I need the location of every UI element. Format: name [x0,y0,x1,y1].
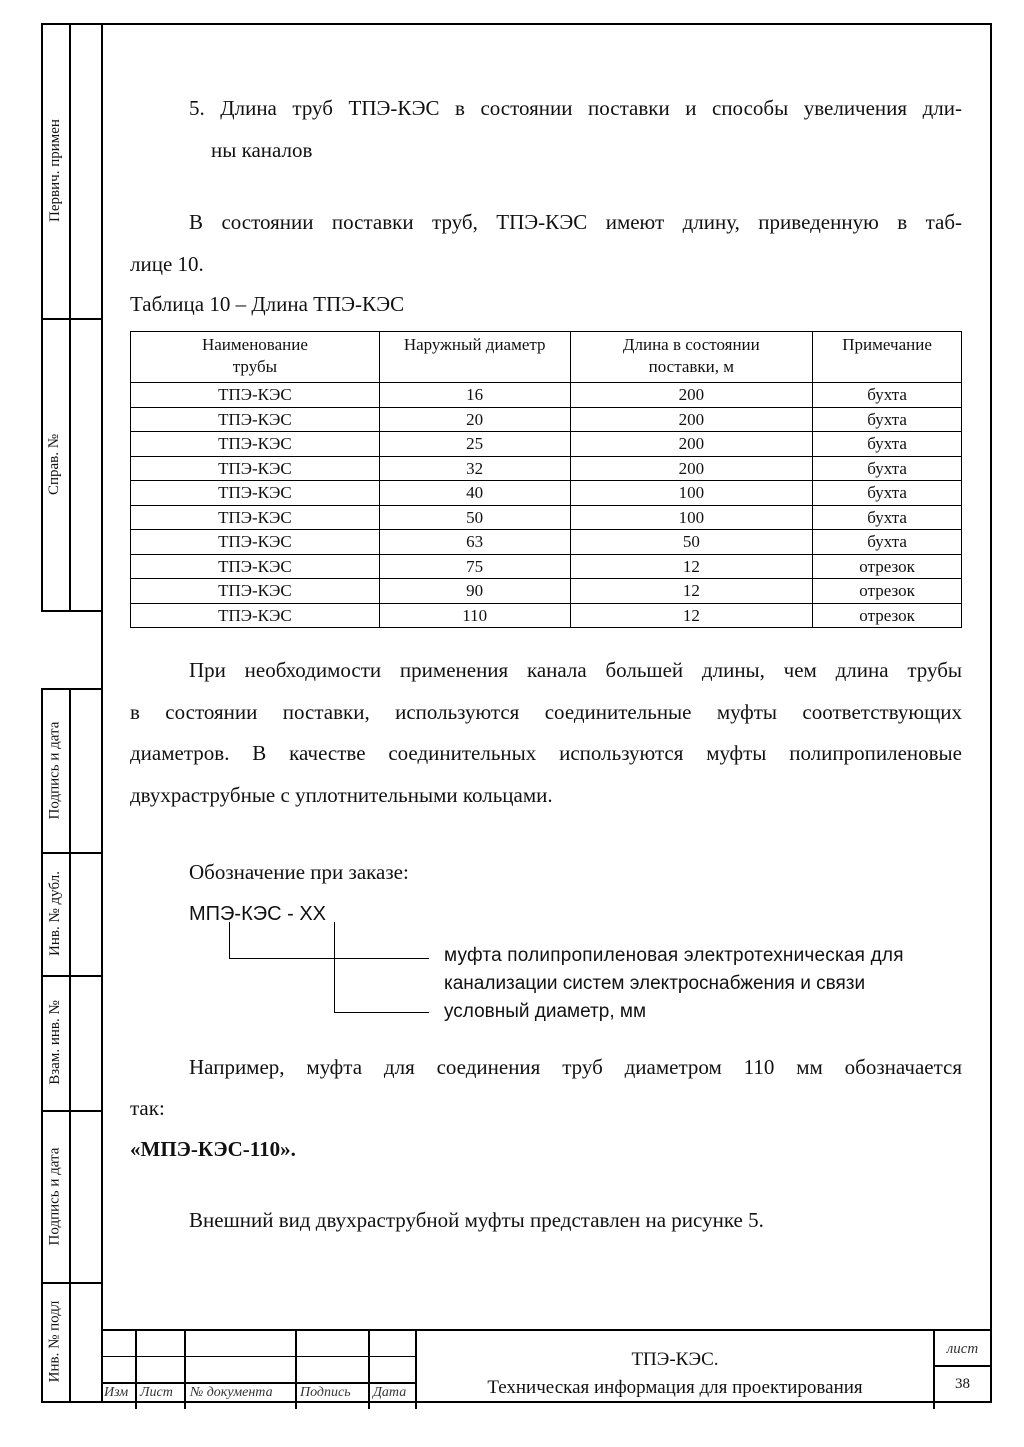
cell-note: отрезок [813,554,962,579]
table-row: ТПЭ-КЭС25200бухта [131,432,962,457]
cell-outer-diameter: 25 [379,432,570,457]
titleblock-top [102,1329,990,1331]
table-row: ТПЭ-КЭС50100бухта [131,505,962,530]
callout2-horizontal [334,1012,429,1013]
stamp-inv-duplicate: Инв. № дубл. [41,852,69,975]
col-label-change: Изм [104,1385,128,1401]
col-label-document: № документа [190,1385,273,1401]
cell-pipe-name: ТПЭ-КЭС [131,432,380,457]
intro-line1: В состоянии поставки труб, ТПЭ-КЭС имеют… [189,212,962,233]
section-heading-line1: 5. Длина труб ТПЭ-КЭС в состоянии постав… [189,98,962,119]
stamp-signature-date-2: Подпись и дата [41,1110,69,1282]
paragraph2-line2: в состоянии поставки, используются соеди… [130,702,962,723]
col-label-sheet: Лист [140,1385,173,1401]
example-line2: так: [130,1098,165,1119]
cell-outer-diameter: 63 [379,530,570,555]
frame-tick [90,1110,102,1112]
table-row: ТПЭ-КЭС20200бухта [131,407,962,432]
callout1-horizontal [229,958,429,959]
stamp-top-bottom [41,610,103,612]
table-header-row: Наименование трубы Наружный диаметр Длин… [131,332,962,383]
table-row: ТПЭ-КЭС11012отрезок [131,603,962,628]
paragraph2-line1: При необходимости применения канала боль… [189,660,962,681]
cell-pipe-name: ТПЭ-КЭС [131,603,380,628]
frame-left [101,23,103,1403]
table-caption: Таблица 10 – Длина ТПЭ-КЭС [130,294,404,315]
cell-outer-diameter: 50 [379,505,570,530]
cell-note: отрезок [813,579,962,604]
document-title-line2: Техническая информация для проектировани… [417,1378,933,1397]
cell-pipe-name: ТПЭ-КЭС [131,456,380,481]
sheet-label: лист [935,1341,990,1358]
callout2-text: условный диаметр, мм [444,1002,646,1021]
cell-pipe-name: ТПЭ-КЭС [131,383,380,408]
table-row: ТПЭ-КЭС16200бухта [131,383,962,408]
header-outer-diameter: Наружный диаметр [379,332,570,383]
table-row: ТПЭ-КЭС6350бухта [131,530,962,555]
stamp-reference-no: Справ. № [41,318,69,610]
section-heading-line2: ны каналов [211,140,312,161]
cell-delivery-length: 200 [570,432,813,457]
table-row: ТПЭ-КЭС9012отрезок [131,579,962,604]
table-row: ТПЭ-КЭС32200бухта [131,456,962,481]
cell-pipe-name: ТПЭ-КЭС [131,554,380,579]
callout1-line1: муфта полипропиленовая электротехническа… [444,946,904,965]
cell-note: бухта [813,432,962,457]
col-label-signature: Подпись [300,1385,351,1401]
sheet-number: 38 [935,1376,990,1393]
cell-pipe-name: ТПЭ-КЭС [131,530,380,555]
pipe-length-table: Наименование трубы Наружный диаметр Длин… [130,331,962,628]
stamp-bottom-mid [69,688,71,1403]
cell-note: бухта [813,456,962,481]
titleblock-col4 [368,1329,370,1409]
stamp-signature-date-1: Подпись и дата [41,688,69,852]
titleblock-sheet-div [933,1365,990,1367]
document-title: ТПЭ-КЭС. [417,1350,933,1369]
cell-note: отрезок [813,603,962,628]
callout2-vertical [334,922,335,1013]
cell-outer-diameter: 40 [379,481,570,506]
cell-outer-diameter: 20 [379,407,570,432]
stamp-primary-use: Первич. примен [41,23,69,318]
cell-delivery-length: 200 [570,407,813,432]
paragraph2-line3: диаметров. В качестве соединительных исп… [130,743,962,764]
intro-line2: лице 10. [130,254,204,275]
cell-delivery-length: 100 [570,481,813,506]
cell-note: бухта [813,383,962,408]
example-code: «МПЭ-КЭС-110». [130,1139,296,1160]
paragraph2-line4: двухраструбные с уплотнительными кольцам… [130,785,553,806]
callout1-line2: канализации систем электроснабжения и св… [444,974,865,993]
cell-note: бухта [813,530,962,555]
cell-delivery-length: 200 [570,383,813,408]
stamp-replaced-inv: Взам. инв. № [41,975,69,1110]
callout1-vertical [229,922,230,959]
document-title-line1: ТПЭ-КЭС. [417,1350,933,1369]
cell-delivery-length: 50 [570,530,813,555]
header-pipe-name: Наименование трубы [131,332,380,383]
designation-code: МПЭ-КЭС - ХХ [189,904,326,924]
cell-pipe-name: ТПЭ-КЭС [131,505,380,530]
cell-note: бухта [813,481,962,506]
frame-top [102,23,992,25]
cell-outer-diameter: 110 [379,603,570,628]
cell-note: бухта [813,505,962,530]
figure-reference: Внешний вид двухраструбной муфты предста… [189,1210,764,1231]
header-delivery-length: Длина в состоянии поставки, м [570,332,813,383]
cell-pipe-name: ТПЭ-КЭС [131,481,380,506]
frame-right [990,23,992,1403]
cell-outer-diameter: 90 [379,579,570,604]
col-label-date: Дата [373,1385,406,1401]
titleblock-col1 [135,1329,137,1409]
table-row: ТПЭ-КЭС40100бухта [131,481,962,506]
cell-outer-diameter: 75 [379,554,570,579]
cell-delivery-length: 200 [570,456,813,481]
cell-delivery-length: 12 [570,579,813,604]
example-line1: Например, муфта для соединения труб диам… [189,1057,962,1078]
titleblock-col2 [184,1329,186,1409]
cell-pipe-name: ТПЭ-КЭС [131,407,380,432]
cell-outer-diameter: 16 [379,383,570,408]
cell-outer-diameter: 32 [379,456,570,481]
titleblock-col3 [295,1329,297,1409]
stamp-inv-original: Инв. № подл [41,1282,69,1401]
cell-delivery-length: 12 [570,554,813,579]
designation-label: Обозначение при заказе: [189,862,409,883]
document-subtitle-wrap: Техническая информация для проектировани… [417,1378,933,1400]
cell-delivery-length: 100 [570,505,813,530]
cell-pipe-name: ТПЭ-КЭС [131,579,380,604]
cell-note: бухта [813,407,962,432]
table-row: ТПЭ-КЭС7512отрезок [131,554,962,579]
cell-delivery-length: 12 [570,603,813,628]
header-note: Примечание [813,332,962,383]
